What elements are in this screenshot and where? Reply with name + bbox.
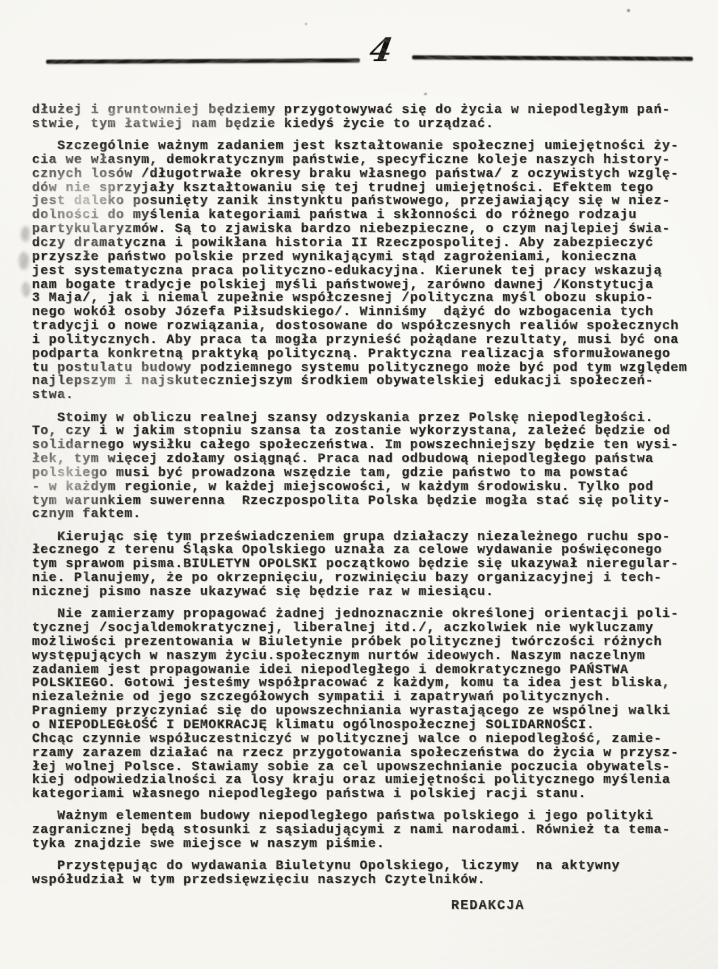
text-line: cia we własnym, demokratycznym państwie,…	[32, 153, 704, 167]
text-line: - w każdym regionie, w każdej miejscowoś…	[32, 480, 704, 494]
text-line: 3 Maja/, jak i niemal zupełnie współczes…	[32, 291, 704, 305]
text-line: nie. Planujemy, że po okrzepnięciu, rozw…	[32, 571, 704, 585]
text-line: jest daleko posunięty zanik instynktu pa…	[32, 194, 704, 208]
page-number: 4	[367, 33, 395, 67]
paragraph: Stoimy w obliczu realnej szansy odzyskan…	[32, 411, 704, 522]
document-text: dłużej i gruntowniej będziemy przygotowy…	[32, 103, 704, 895]
text-line: Ważnym elementem budowy niepodległego pa…	[32, 809, 704, 823]
text-line: łek, tym więcej zdołamy osiągnąć. Praca …	[32, 452, 704, 466]
scan-smudge	[22, 282, 30, 297]
text-line: kategoriami własnego niepodległego państ…	[32, 787, 704, 801]
signature: REDAKCJA	[451, 899, 525, 914]
text-line: Stoimy w obliczu realnej szansy odzyskan…	[32, 411, 704, 425]
paragraph: dłużej i gruntowniej będziemy przygotowy…	[32, 103, 704, 131]
scan-smudge	[21, 226, 30, 242]
scanned-document-page: 4 dłużej i gruntowniej będziemy przygoto…	[0, 0, 718, 969]
text-line: jest systematyczna praca polityczno-eduk…	[32, 264, 704, 278]
text-line: zadaniem jest propagowanie idei niepodle…	[32, 663, 704, 677]
text-line: tycznej /socjaldemokratycznej, liberalne…	[32, 621, 704, 635]
scan-smudge	[19, 252, 29, 270]
text-line: Nie zamierzamy propagować żadnej jednozn…	[32, 607, 704, 621]
text-line: łej wolnej Polsce. Stawiamy sobie za cel…	[32, 760, 704, 774]
text-line: współudział w tym przedsięwzięciu naszyc…	[32, 873, 704, 887]
paragraph: Szczególnie ważnym zadaniem jest kształt…	[32, 139, 704, 402]
text-line: niezależnie od jego szczegółowych sympat…	[32, 690, 704, 704]
text-line: łecznego z terenu Śląska Opolskiego uzna…	[32, 543, 704, 557]
text-line: solidarnego wysiłku całego społeczeństwa…	[32, 438, 704, 452]
text-line: tyka znajdzie swe miejsce w naszym piśmi…	[32, 837, 704, 851]
text-line: dczy dramatyczna i powikłana historia II…	[32, 236, 704, 250]
text-line: tu postulatu budowy podziemnego systemu …	[32, 361, 704, 375]
text-line: dów nie sprzyjały kształtowaniu się tej …	[32, 181, 704, 195]
text-line: dłużej i gruntowniej będziemy przygotowy…	[32, 103, 704, 117]
scan-speck	[627, 9, 630, 12]
text-line: Przystępując do wydawania Biuletynu Opol…	[32, 859, 704, 873]
text-line: kiej odpowiedzialności za losy kraju ora…	[32, 773, 704, 787]
text-line: i politycznych. Aby praca ta mogła przyn…	[32, 333, 704, 347]
text-line: nam bogate tradycje polskiej myśli państ…	[32, 278, 704, 292]
text-line: tym warunkiem suwerenna Rzeczpospolita P…	[32, 494, 704, 508]
text-line: stwie, tym łatwiej nam będzie kiedyś życ…	[32, 117, 704, 131]
text-line: cznym faktem.	[32, 507, 704, 521]
header-rule-right	[412, 55, 693, 60]
text-line: polskiego musi być prowadzona wszędzie t…	[32, 466, 704, 480]
text-line: tradycji o nowe rozwiązania, dostosowane…	[32, 319, 704, 333]
text-line: występujących w naszym życiu.społecznym …	[32, 649, 704, 663]
text-line: o NIEPODLEGŁOŚĆ I DEMOKRACJĘ klimatu ogó…	[32, 718, 704, 732]
text-line: możliwości prezentowania w Biuletynie pr…	[32, 635, 704, 649]
text-line: przyszłe państwo polskie przed wynikając…	[32, 250, 704, 264]
header-rule-left	[46, 58, 360, 63]
text-line: rzamy zarazem działać na rzecz przygotow…	[32, 746, 704, 760]
text-line: Szczególnie ważnym zadaniem jest kształt…	[32, 139, 704, 153]
paragraph: Przystępując do wydawania Biuletynu Opol…	[32, 859, 704, 887]
text-line: stwa.	[32, 388, 704, 402]
paragraph: Ważnym elementem budowy niepodległego pa…	[32, 809, 704, 851]
text-line: zagranicznej będą stosunki z sąsiadujący…	[32, 823, 704, 837]
paragraph: Kierując się tym przeświadczeniem grupa …	[32, 530, 704, 599]
text-line: partykularyzmów. Są to zjawiska bardzo n…	[32, 222, 704, 236]
text-line: cznych losów /długotrwałe okresy braku w…	[32, 167, 704, 181]
text-line: najlepszym i najskuteczniejszym środkiem…	[32, 374, 704, 388]
text-line: dolności do myślenia kategoriami państwa…	[32, 208, 704, 222]
scan-speck	[305, 23, 307, 25]
text-line: tym sprawom pisma.BIULETYN OPOLSKI począ…	[32, 557, 704, 571]
text-line: podparta konkretną praktyką polityczną. …	[32, 347, 704, 361]
text-line: To, czy i w jakim stopniu szansa ta zost…	[32, 424, 704, 438]
text-line: Pragniemy przyczyniać się do upowszechni…	[32, 704, 704, 718]
scan-speck	[424, 93, 427, 95]
text-line: nicznej pismo nasze ukazywać się będzie …	[32, 585, 704, 599]
text-line: Chcąc czynnie współuczestniczyć w polity…	[32, 732, 704, 746]
text-line: nego wokół osoby Józefa Piłsudskiego/. W…	[32, 305, 704, 319]
paragraph: Nie zamierzamy propagować żadnej jednozn…	[32, 607, 704, 801]
text-line: POLSKIEGO. Gotowi jesteśmy współpracować…	[32, 676, 704, 690]
